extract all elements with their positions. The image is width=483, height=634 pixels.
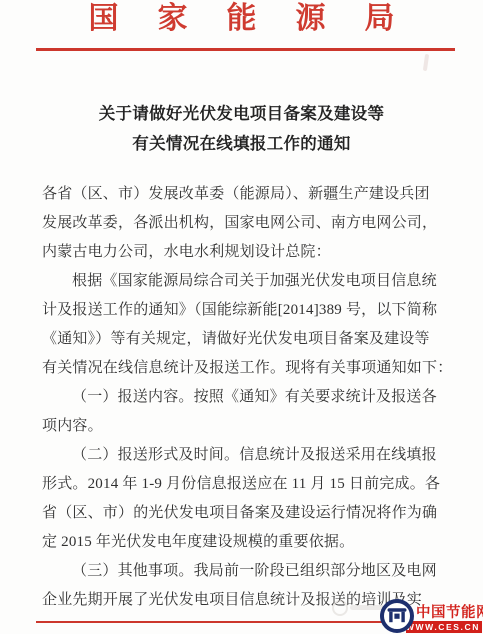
body-line: （二）报送形式及时间。信息统计及报送采用在线填报: [42, 441, 454, 470]
faint-watermark: [330, 597, 386, 617]
agency-masthead-title: 国家能源局: [0, 3, 483, 34]
body-line: （一）报送内容。按照《通知》有关要求统计及报送各: [42, 383, 454, 412]
body-line: 省（区、市）的光伏发电项目备案及建设运行情况将作为确: [42, 499, 454, 528]
body-line: 定 2015 年光伏发电年度建设规模的重要依据。: [42, 528, 454, 557]
document-body: 各省（区、市）发展改革委（能源局）、新疆生产建设兵团发展改革委，各派出机构，国家…: [42, 180, 454, 615]
footer-rule: [36, 621, 402, 623]
faint-watermark-dash: [350, 605, 384, 610]
watermark-url-bar: WWW.CES.CN: [406, 621, 482, 633]
ces-gate-icon: [387, 607, 407, 625]
body-line: 形式。2014 年 1-9 月份信息报送应在 11 月 15 日前完成。各: [42, 470, 454, 499]
document-title-line-2: 有关情况在线填报工作的通知: [0, 129, 483, 159]
body-line: （三）其他事项。我局前一阶段已组织部分地区及电网: [42, 557, 454, 586]
scanned-document-page: 国家能源局 关于请做好光伏发电项目备案及建设等 有关情况在线填报工作的通知 各省…: [0, 0, 483, 634]
body-line: 《通知》）等有关规定，请做好光伏发电项目备案及建设等: [42, 325, 454, 354]
document-title-line-1: 关于请做好光伏发电项目备案及建设等: [0, 99, 483, 129]
scan-smudge: [423, 54, 429, 71]
body-line: 项内容。: [42, 412, 454, 441]
watermark-site-url: WWW.CES.CN: [406, 622, 482, 632]
faint-watermark-ring: [332, 600, 348, 616]
body-line: 发展改革委，各派出机构，国家电网公司、南方电网公司，: [42, 209, 454, 238]
masthead-rule: [36, 48, 455, 51]
body-line: 各省（区、市）发展改革委（能源局）、新疆生产建设兵团: [42, 180, 454, 209]
body-line: 内蒙古电力公司，水电水利规划设计总院：: [42, 238, 454, 267]
body-line: 计及报送工作的通知》（国能综新能[2014]389 号，以下简称: [42, 296, 454, 325]
ces-logo-circle: [380, 599, 414, 633]
watermark-site-name: 中国节能网: [416, 606, 483, 621]
body-line: 根据《国家能源局综合司关于加强光伏发电项目信息统: [42, 267, 454, 296]
body-line: 有关情况在线信息统计及报送工作。现将有关事项通知如下：: [42, 354, 454, 383]
document-title: 关于请做好光伏发电项目备案及建设等 有关情况在线填报工作的通知: [0, 99, 483, 159]
